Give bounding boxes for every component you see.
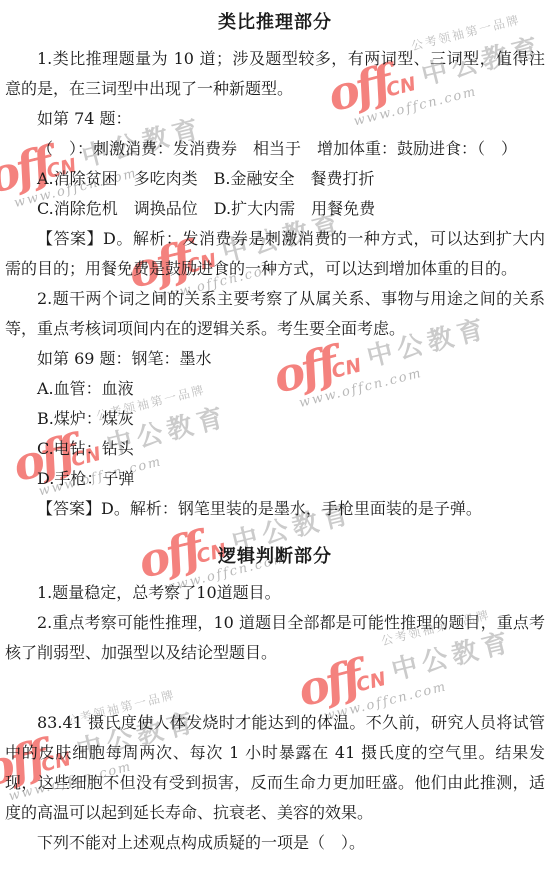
question-69-option-c: C.电钻：钻头 — [5, 434, 545, 464]
question-74-options-cd: C.消除危机 调换品位 D.扩大内需 用餐免费 — [5, 194, 545, 224]
analogy-intro-paragraph: 1.类比推理题量为 10 道；涉及题型较多，有两词型、三词型，值得注意的是，在三… — [5, 44, 545, 104]
question-74-answer: 【答案】D。解析：发消费券是刺激消费的一种方式，可以达到扩大内需的目的；用餐免费… — [5, 224, 545, 284]
question-83-prompt: 下列不能对上述观点构成质疑的一项是（ ）。 — [5, 828, 545, 858]
section-title-logic: 逻辑判断部分 — [5, 542, 545, 572]
analogy-relation-paragraph: 2.题干两个词之间的关系主要考察了从属关系、事物与用途之间的关系等，重点考核词项… — [5, 284, 545, 344]
logic-point-1: 1.题量稳定，总考察了10道题目。 — [5, 578, 545, 608]
question-74-options-ab: A.消除贫困 多吃肉类 B.金融安全 餐费打折 — [5, 164, 545, 194]
document-content: 类比推理部分 1.类比推理题量为 10 道；涉及题型较多，有两词型、三词型，值得… — [0, 0, 550, 880]
logic-point-2: 2.重点考察可能性推理，10 道题目全部都是可能性推理的题目，重点考核了削弱型、… — [5, 608, 545, 668]
question-69-option-a: A.血管：血液 — [5, 374, 545, 404]
section-title-analogy: 类比推理部分 — [5, 8, 545, 38]
document-page: 公考领袖第一品牌 off CN 中公教育 www.offcn.com off C… — [0, 0, 550, 880]
question-69-answer: 【答案】D。解析：钢笔里装的是墨水，手枪里面装的是子弹。 — [5, 494, 545, 524]
question-69-option-d: D.手枪：子弹 — [5, 464, 545, 494]
question-69-option-b: B.煤炉：煤灰 — [5, 404, 545, 434]
question-83-stem: 83.41 摄氏度使人体发烧时才能达到的体温。不久前，研究人员将试管中的皮肤细胞… — [5, 708, 545, 828]
question-69-stem: 如第 69 题：钢笔：墨水 — [5, 344, 545, 374]
question-74-stem: （ ）：刺激消费：发消费券 相当于 增加体重：鼓励进食：（ ） — [5, 134, 545, 164]
example-74-label: 如第 74 题： — [5, 104, 545, 134]
